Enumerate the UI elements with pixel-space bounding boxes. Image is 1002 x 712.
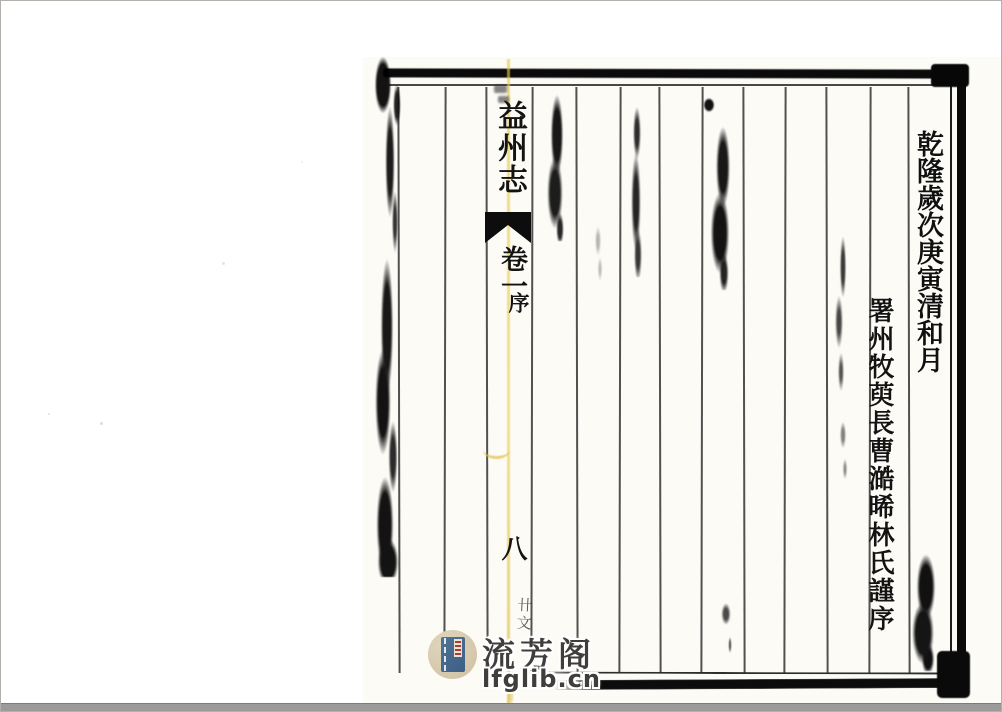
page-frame-right-border xyxy=(957,71,966,685)
volume-label: 卷一 xyxy=(485,245,531,299)
faint-gloss-mark xyxy=(494,85,507,93)
scan-bottom-edge xyxy=(1,703,1001,711)
fold-crease-arc xyxy=(483,441,510,459)
ink-smudge xyxy=(625,97,647,277)
page-number: 八 xyxy=(491,535,531,561)
date-column: 乾隆歲次庚寅清和月 xyxy=(909,130,947,373)
page-frame-top-border xyxy=(383,68,967,78)
frame-corner-top-right xyxy=(931,64,969,87)
ink-speckle xyxy=(834,417,852,489)
ink-speckle xyxy=(590,221,606,283)
ink-smudge-left-edge xyxy=(357,57,409,577)
ink-smudge xyxy=(908,551,944,671)
book-icon xyxy=(441,637,465,672)
ink-smudge xyxy=(830,227,854,397)
ink-speckle xyxy=(715,601,739,659)
page-frame-right-inner-line xyxy=(950,85,952,677)
watermark-site-url: lfglib.cn xyxy=(482,665,601,693)
paper-speck xyxy=(301,161,303,163)
paper-speck xyxy=(222,262,225,265)
paper-speck xyxy=(48,413,50,415)
section-label: 序 xyxy=(503,292,533,313)
book-page-scan xyxy=(363,57,1002,707)
signature-column: 署州牧萸長曹澔晞林氏謹序 xyxy=(862,297,898,633)
watermark-logo xyxy=(428,630,477,679)
image-viewer-canvas: 益州志 卷一 序 八 卄文 乾隆歲次庚寅清和月 署州牧萸長曹澔晞林氏謹序 流芳阁… xyxy=(0,0,1002,712)
page-title: 益州志 xyxy=(485,100,531,196)
ink-smudge xyxy=(541,93,569,241)
paper-speck xyxy=(100,422,103,425)
ink-smudge xyxy=(701,95,739,290)
page-frame-top-inner-line xyxy=(389,84,949,86)
handwritten-note: 卄文 xyxy=(512,596,536,633)
